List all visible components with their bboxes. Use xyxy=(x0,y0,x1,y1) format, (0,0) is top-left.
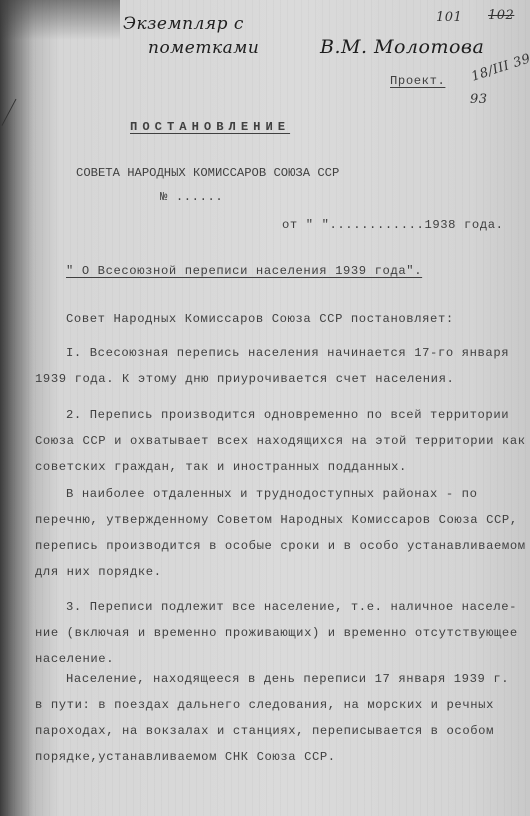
paragraph-4-line-3: население. xyxy=(35,652,114,666)
paragraph-4-line-2: ние (включая и временно проживающих) и в… xyxy=(35,626,518,640)
document-subject: " О Всесоюзной переписи населения 1939 г… xyxy=(66,264,422,278)
handwritten-note-line1: Экземпляр с xyxy=(123,14,244,34)
paragraph-3-line-1: В наиболее отдаленных и труднодоступных … xyxy=(66,487,478,501)
preamble: Совет Народных Комиссаров Союза ССР пост… xyxy=(66,312,454,326)
paragraph-5-line-4: порядке,устанавливаемом СНК Союза ССР. xyxy=(35,750,336,764)
paragraph-2-line-3: советских граждан, так и иностранных под… xyxy=(35,460,407,474)
document-date-line: от " "............1938 года. xyxy=(282,218,504,232)
paragraph-3-line-2: перечню, утвержденному Советом Народных … xyxy=(35,513,518,527)
paragraph-1-line-1: I. Всесоюзная перепись населения начинае… xyxy=(66,346,509,360)
paragraph-4-line-1: 3. Переписи подлежит все население, т.е.… xyxy=(66,600,517,614)
paragraph-3-line-4: для них порядке. xyxy=(35,565,162,579)
paragraph-2-line-2: Союза ССР и охватывает всех находящихся … xyxy=(35,434,526,448)
folio-number: 101 xyxy=(436,10,462,25)
paragraph-3-line-3: перепись производится в особые сроки и в… xyxy=(35,539,526,553)
handwritten-note-line2: пометками xyxy=(148,38,259,58)
paragraph-5-line-3: пароходах, на вокзалах и станциях, переп… xyxy=(35,724,494,738)
handwritten-signature: В.М. Молотова xyxy=(320,36,484,58)
document-number-line: № ...... xyxy=(160,190,223,204)
page-number: 93 xyxy=(470,92,488,107)
paragraph-1-line-2: 1939 года. К этому дню приурочивается сч… xyxy=(35,372,454,386)
paragraph-5-line-2: в пути: в поездах дальнего следования, н… xyxy=(35,698,494,712)
paragraph-2-line-1: 2. Перепись производится одновременно по… xyxy=(66,408,509,422)
draft-label: Проект. xyxy=(390,74,445,88)
issuer-line: СОВЕТА НАРОДНЫХ КОМИССАРОВ СОЮЗА ССР xyxy=(76,166,339,180)
folio-number-struck: 102 xyxy=(488,8,514,23)
document-title: ПОСТАНОВЛЕНИЕ xyxy=(130,120,290,134)
paragraph-5-line-1: Население, находящееся в день переписи 1… xyxy=(66,672,509,686)
